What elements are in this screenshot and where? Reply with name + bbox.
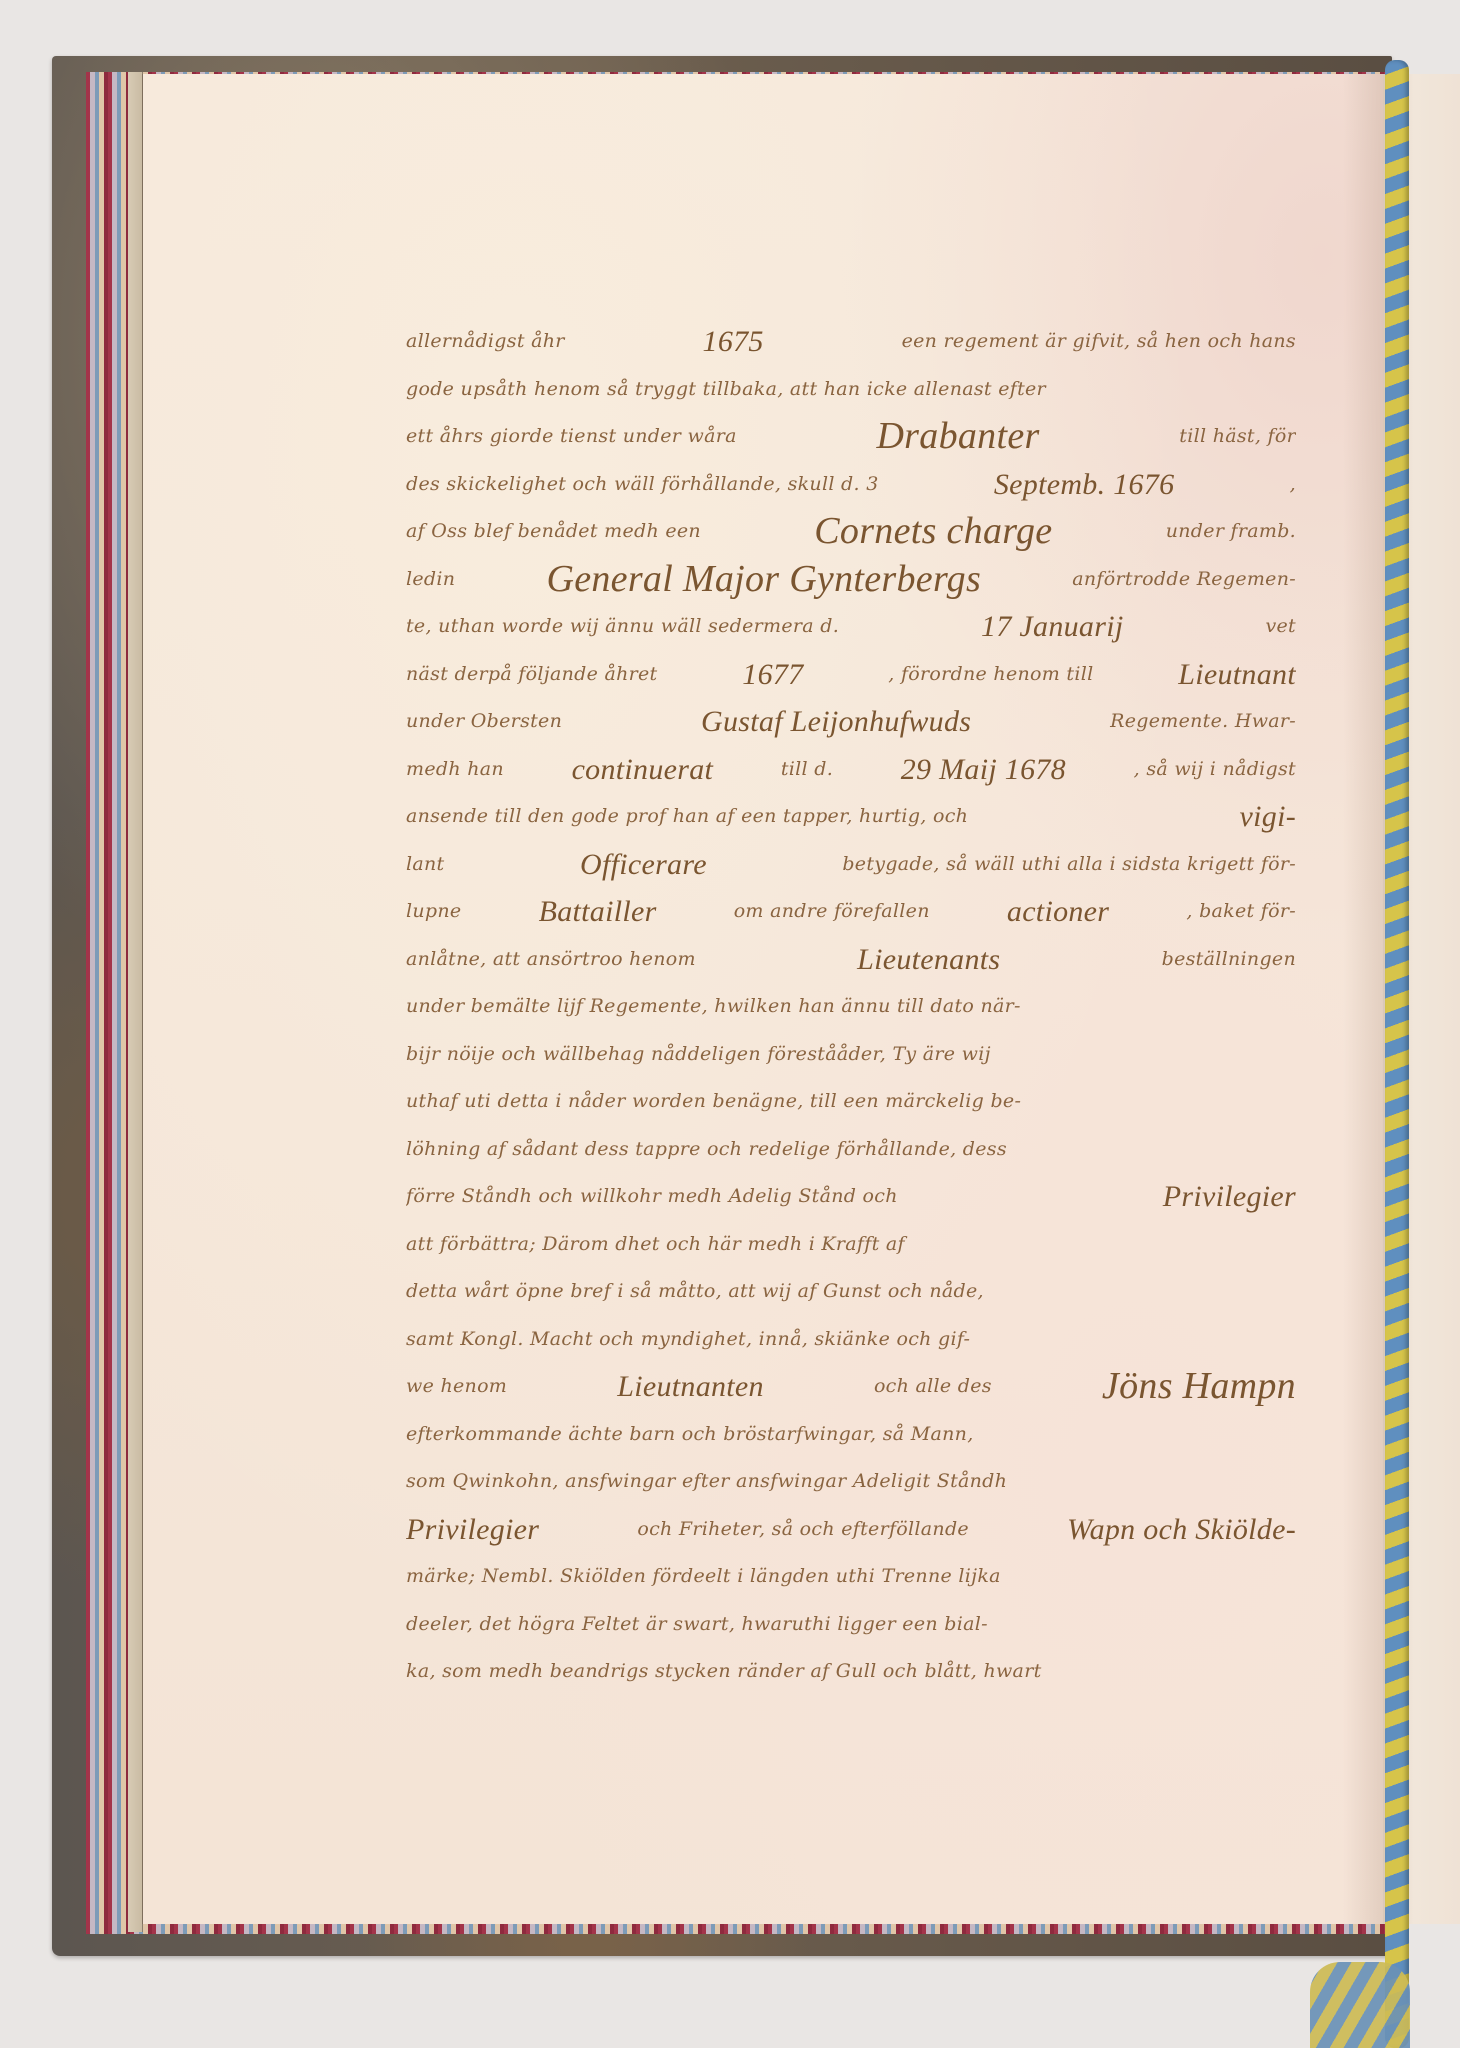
script-text: allernådigst åhr xyxy=(406,318,565,366)
script-text: , så wij i nådigst xyxy=(1134,746,1296,794)
script-text: medh han xyxy=(406,746,504,794)
script-text: löhning af sådant dess tappre och redeli… xyxy=(406,1126,1007,1174)
script-text: lupne xyxy=(406,888,461,936)
manuscript-line: af Oss blef benådet medh eenCornets char… xyxy=(406,508,1296,556)
manuscript-line: efterkommande ächte barn och bröstarfwin… xyxy=(406,1411,1296,1459)
script-text: förre Ståndh och willkohr medh Adelig St… xyxy=(406,1173,898,1221)
calligraphic-word: Drabanter xyxy=(876,413,1039,461)
script-text: deeler, det högra Feltet är swart, hwaru… xyxy=(406,1601,988,1649)
manuscript-line: uthaf uti detta i nåder worden benägne, … xyxy=(406,1078,1296,1126)
script-text: vet xyxy=(1265,603,1296,651)
script-text: beställningen xyxy=(1162,936,1296,984)
manuscript-line: medh hancontinuerattill d.29 Maij 1678, … xyxy=(406,746,1296,794)
script-text: , baket för- xyxy=(1186,888,1296,936)
manuscript-line: som Qwinkohn, ansfwingar efter ansfwinga… xyxy=(406,1458,1296,1506)
manuscript-line: deeler, det högra Feltet är swart, hwaru… xyxy=(406,1601,1296,1649)
script-text: till d. xyxy=(781,746,833,794)
script-text: Regemente. Hwar- xyxy=(1110,698,1296,746)
script-text: ett åhrs giorde tienst under wåra xyxy=(406,413,737,461)
manuscript-line: lupneBattaillerom andre förefallenaction… xyxy=(406,888,1296,936)
script-text: we henom xyxy=(406,1363,507,1411)
manuscript-line: allernådigst åhr1675een regement är gifv… xyxy=(406,318,1296,366)
script-text: att förbättra; Därom dhet och här medh i… xyxy=(406,1221,905,1269)
calligraphic-word: 29 Maij 1678 xyxy=(901,746,1066,794)
manuscript-line: ledinGeneral Major Gynterbergsanförtrodd… xyxy=(406,556,1296,604)
calligraphic-word: Privilegier xyxy=(1163,1173,1296,1221)
script-text: lant xyxy=(406,841,444,889)
script-text: och alle des xyxy=(874,1363,992,1411)
calligraphic-word: Lieutnanten xyxy=(617,1363,764,1411)
manuscript-line: samt Kongl. Macht och myndighet, innå, s… xyxy=(406,1316,1296,1364)
script-text: märke; Nembl. Skiölden fördeelt i längde… xyxy=(406,1553,1001,1601)
manuscript-line: gode upsåth henom så tryggt tillbaka, at… xyxy=(406,366,1296,414)
script-text: ka, som medh beandrigs stycken ränder af… xyxy=(406,1648,1042,1696)
bookmark-cord-tassel[interactable] xyxy=(1310,1962,1410,2048)
page-gutter-shadow xyxy=(1343,74,1383,1924)
calligraphic-word: 1677 xyxy=(742,651,803,699)
calligraphic-word: 17 Januarij xyxy=(981,603,1123,651)
calligraphic-word: Lieutenants xyxy=(857,936,1000,984)
script-text: efterkommande ächte barn och bröstarfwin… xyxy=(406,1411,974,1459)
manuscript-line: we henomLieutnantenoch alle desJöns Hamp… xyxy=(406,1363,1296,1411)
calligraphic-word: Septemb. 1676 xyxy=(994,461,1175,509)
manuscript-line: förre Ståndh och willkohr medh Adelig St… xyxy=(406,1173,1296,1221)
calligraphic-word: Privilegier xyxy=(406,1506,539,1554)
script-text: detta wårt öpne bref i så måtto, att wij… xyxy=(406,1268,984,1316)
script-text: och Friheter, så och efterföllande xyxy=(637,1506,969,1554)
script-text: om andre förefallen xyxy=(734,888,930,936)
manuscript-line: detta wårt öpne bref i så måtto, att wij… xyxy=(406,1268,1296,1316)
script-text: anförtrodde Regemen- xyxy=(1072,556,1296,604)
manuscript-line: att förbättra; Därom dhet och här medh i… xyxy=(406,1221,1296,1269)
manuscript-line: lantOfficerarebetygade, så wäll uthi all… xyxy=(406,841,1296,889)
manuscript-line: under bemälte lijf Regemente, hwilken ha… xyxy=(406,983,1296,1031)
calligraphic-word: Wapn och Skiölde- xyxy=(1067,1506,1296,1554)
bookmark-cord[interactable] xyxy=(1385,60,1409,2048)
script-text: af Oss blef benådet medh een xyxy=(406,508,701,556)
calligraphic-word: Jöns Hampn xyxy=(1102,1363,1296,1411)
script-text: ledin xyxy=(406,556,455,604)
manuscript-line: des skickelighet och wäll förhållande, s… xyxy=(406,461,1296,509)
manuscript-line: näst derpå följande åhret1677, förordne … xyxy=(406,651,1296,699)
manuscript-line: ka, som medh beandrigs stycken ränder af… xyxy=(406,1648,1296,1696)
calligraphic-word: actioner xyxy=(1007,888,1109,936)
manuscript-line: te, uthan worde wij ännu wäll sedermera … xyxy=(406,603,1296,651)
handwritten-text-block: allernådigst åhr1675een regement är gifv… xyxy=(406,318,1296,1696)
calligraphic-word: Cornets charge xyxy=(814,508,1052,556)
calligraphic-word: Battailler xyxy=(539,888,657,936)
script-text: des skickelighet och wäll förhållande, s… xyxy=(406,461,879,509)
script-text: betygade, så wäll uthi alla i sidsta kri… xyxy=(842,841,1296,889)
script-text: samt Kongl. Macht och myndighet, innå, s… xyxy=(406,1316,970,1364)
script-text: under framb. xyxy=(1166,508,1296,556)
script-text: gode upsåth henom så tryggt tillbaka, at… xyxy=(406,366,1046,414)
manuscript-line: anlåtne, att ansörtroo henomLieutenantsb… xyxy=(406,936,1296,984)
script-text: bijr nöije och wällbehag nåddeligen före… xyxy=(406,1031,991,1079)
calligraphic-word: General Major Gynterbergs xyxy=(546,556,981,604)
manuscript-line: Privilegieroch Friheter, så och efterföl… xyxy=(406,1506,1296,1554)
calligraphic-word: Gustaf Leijonhufwuds xyxy=(701,698,971,746)
manuscript-line: bijr nöije och wällbehag nåddeligen före… xyxy=(406,1031,1296,1079)
script-text: anlåtne, att ansörtroo henom xyxy=(406,936,696,984)
script-text: under bemälte lijf Regemente, hwilken ha… xyxy=(406,983,1021,1031)
script-text: , xyxy=(1290,461,1296,509)
manuscript-line: löhning af sådant dess tappre och redeli… xyxy=(406,1126,1296,1174)
script-text: under Obersten xyxy=(406,698,562,746)
page-stack-edge xyxy=(128,72,143,1932)
script-text: een regement är gifvit, så hen och hans xyxy=(902,318,1296,366)
script-text: te, uthan worde wij ännu wäll sedermera … xyxy=(406,603,839,651)
script-text: till häst, för xyxy=(1179,413,1296,461)
script-text: näst derpå följande åhret xyxy=(406,651,658,699)
calligraphic-word: Officerare xyxy=(580,841,707,889)
script-text: som Qwinkohn, ansfwingar efter ansfwinga… xyxy=(406,1458,1007,1506)
manuscript-line: ett åhrs giorde tienst under wåraDrabant… xyxy=(406,413,1296,461)
script-text: , förordne henom till xyxy=(888,651,1093,699)
manuscript-line: under OberstenGustaf LeijonhufwudsRegeme… xyxy=(406,698,1296,746)
script-text: uthaf uti detta i nåder worden benägne, … xyxy=(406,1078,1021,1126)
manuscript-line: märke; Nembl. Skiölden fördeelt i längde… xyxy=(406,1553,1296,1601)
script-text: ansende till den gode prof han af een ta… xyxy=(406,793,968,841)
calligraphic-word: continuerat xyxy=(572,746,714,794)
calligraphic-word: Lieutnant xyxy=(1178,651,1296,699)
calligraphic-word: 1675 xyxy=(703,318,764,366)
calligraphic-word: vigi- xyxy=(1240,793,1296,841)
manuscript-line: ansende till den gode prof han af een ta… xyxy=(406,793,1296,841)
